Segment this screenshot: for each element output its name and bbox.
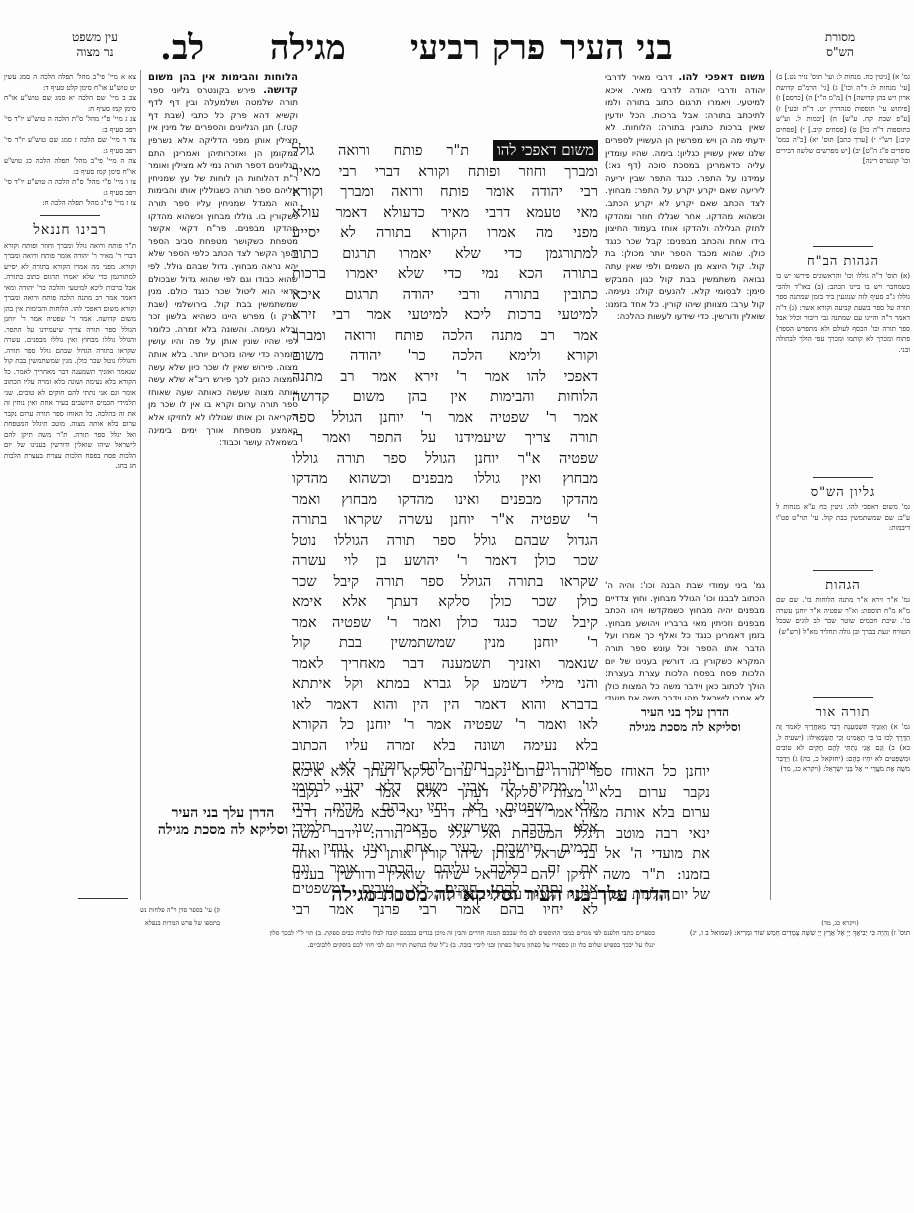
gemara-line: שנאמר ואזניך תשמענה דבר מאחריך לאמר bbox=[292, 654, 598, 675]
ein-mishpat-title: עין משפט נר מצוה bbox=[55, 30, 135, 60]
divider bbox=[40, 215, 100, 216]
hagahot-text: גמ' א"ר זירא א"ר מתנה הלוחות בו'. שם שם … bbox=[776, 595, 910, 691]
gemara-line: שכר כולן דאמר ר' יהושע בן לוי עשרה bbox=[292, 551, 598, 572]
rashi-column: משום דאפכי להו. דרבי מאיר לדרבי יהודה וד… bbox=[605, 72, 765, 577]
gemara-line: שפטיה א"ר יוחנן הגולל ספר תורה גוללו bbox=[292, 449, 598, 470]
divider bbox=[813, 477, 873, 478]
gemara-line: רבי יהודה אומר פותח ורואה ומברך וקורא bbox=[292, 182, 598, 203]
masoret-title-line1: מסורת bbox=[795, 30, 885, 45]
torah-or-title: תורה אור bbox=[776, 704, 910, 720]
gemara-line: ר' שפטיה א"ר יוחנן עשרה שקראו בתורה bbox=[292, 510, 598, 531]
hagahot-habach-title: הגהות הב"ח bbox=[776, 253, 910, 269]
gemara-line: אמר ר' שפטיה אמר ר' יוחנן הגולל ספר bbox=[292, 408, 598, 429]
divider bbox=[813, 570, 873, 571]
gemara-line: לאו ואמר ר' שפטיה אמר ר' יוחנן כל הקורא bbox=[292, 715, 598, 736]
tosafot-siyum: הדרן עלך בני העיר וסליקא לה מסכת מגילה bbox=[148, 805, 298, 839]
torah-or-text: גמ' א) וְאָזְנֶיךָ תִּשְׁמַעְנָה דָבָר מ… bbox=[776, 722, 910, 842]
gemara-line: מאי טעמא דרבי מאיר כדעולא דאמר עולא bbox=[292, 203, 598, 224]
column-rule bbox=[140, 70, 141, 900]
gemara-line: מהדקו מבפנים ואינו מהדקו מבחוץ ואמר bbox=[292, 490, 598, 511]
rashi-siyum-line1: הדרן עלך בני העיר bbox=[605, 705, 765, 720]
gemara-line: בלא נעימה ושונה בלא זמרה עליו הכתוב bbox=[292, 736, 598, 757]
divider bbox=[813, 697, 873, 698]
masoret-title-line2: הש"ס bbox=[795, 45, 885, 60]
gemara-line: בדברא והוא דאמר הין הין והוא דאמר לאו bbox=[292, 695, 598, 716]
gemara-line: למתורגמן כדי שלא יאמרו תרגום כתוב bbox=[292, 244, 598, 265]
gemara-line: ומברך וחוזר ופותח וקורא דברי רבי מאיר bbox=[292, 162, 598, 183]
gemara-line: הגדול שבהם גולל ספר תורה הגוללו נוטל bbox=[292, 531, 598, 552]
footnote-rule bbox=[78, 898, 128, 899]
rashi-siyum: הדרן עלך בני העיר וסליקא לה מסכת מגילה bbox=[605, 705, 765, 735]
gemara-line: ערום בלא אותה מצוה אמר רבי ינאי בריה דרב… bbox=[292, 803, 710, 824]
ein-mishpat-entry: צה ה מיי' פי"ב מהל' תפלה הלכה כג טוש"ע א… bbox=[4, 156, 136, 177]
rashi-text: דרבי מאיר לדרבי יהודה ודרבי יהודה לדרבי … bbox=[605, 73, 765, 322]
rashi-siyum-line2: וסליקא לה מסכת מגילה bbox=[605, 720, 765, 735]
tosafot-torah-or-footnote: תוס' ז) וְהָיָה כִּי יְבִיאֲךָ יְיָ אֶל … bbox=[560, 928, 910, 939]
ein-mishpat-title-line2: נר מצוה bbox=[55, 45, 135, 60]
divider bbox=[813, 246, 873, 247]
ein-mishpat-entry: צו ו מיי' פ"י מהל' ס"ת הלכה ה טוש"ע יו"ד… bbox=[4, 177, 136, 198]
gemara-line: וקורא ולימא הלכה כר' יהודה משום bbox=[292, 346, 598, 367]
ein-mishpat-column: צא א מיי' פי"ב מהל' תפלה הלכה ה סמג עשין… bbox=[4, 72, 136, 761]
ein-mishpat-entry: צב ב מיי' שם הלכה יא סמג שם טוש"ע או"ח ס… bbox=[4, 93, 136, 114]
rabbeinu-chananel-title: רבינו חננאל bbox=[4, 222, 136, 239]
gemara-lead-words: משום דאפכי להו bbox=[493, 140, 598, 161]
gemara-line: כולן שכר כולן סלקא דעתך אלא אימא bbox=[292, 592, 598, 613]
gemara-siyum: הדרן עלך בני העיר וסליקא לה מסכת מגילה bbox=[292, 882, 710, 907]
ein-mishpat-title-line1: עין משפט bbox=[55, 30, 135, 45]
tosafot-siyum-line1: הדרן עלך בני העיר bbox=[148, 805, 298, 822]
gemara-line: ת"ר פותח ורואה גולל bbox=[292, 142, 469, 159]
gemara-line: הלוחות והבימות אין בהן משום קדושה bbox=[292, 387, 598, 408]
gemara-line: יוחנן כל האוחז ספר תורה ערום נקבר ערום ס… bbox=[292, 762, 710, 783]
tosafot-column: הלוחות והבימות אין בהן משום קדושה. פירש … bbox=[148, 72, 298, 752]
gemara-line: נקבר ערום בלא מצות סלקא דעתך אלא אמר אבי… bbox=[292, 783, 710, 804]
chapter-number: פרק רביעי bbox=[410, 28, 545, 68]
page-number: לב. bbox=[160, 28, 204, 68]
gemara-line: למיטעי ברכות ליכא למיטעי אמר רבי זירא bbox=[292, 305, 598, 326]
hagahot-title: הגהות bbox=[776, 577, 910, 593]
gemara-line: תורה צריך שיעמידנו על התפר ואמר ר' bbox=[292, 428, 598, 449]
column-rule bbox=[770, 70, 771, 900]
left-footnote: ק) עי' בספר סדן ר"ה פלחות נש bbox=[80, 905, 220, 916]
rashi-continuation: גמ' ביני עמודי שבת הבנה וכו': והיה ה' הכ… bbox=[605, 580, 765, 700]
chapter-name: בני העיר bbox=[560, 28, 673, 68]
gemara-line: שקראו בתורה הגולל ספר תורה קיבל שכר bbox=[292, 572, 598, 593]
gemara-line: והני מילי דשמע קל גברא במתא וקל איתתא bbox=[292, 674, 598, 695]
ein-mishpat-entry: צז ז מיי' פי"ג מהל' תפלה הלכה ח: bbox=[4, 198, 136, 209]
gemara-line: אמר רב מתנה הלכה פותח ורואה ומברך bbox=[292, 326, 598, 347]
ein-mishpat-entry: צד ד מיי' שם הלכה ז סמג שם טוש"ע יו"ד סי… bbox=[4, 135, 136, 156]
gemara-line: מפני מה אמרו הקורא בתורה לא יסייע bbox=[292, 223, 598, 244]
rashi-dibur-hamatchil: משום דאפכי להו. bbox=[678, 72, 765, 83]
gemara-line: את מועדי ה' אל בני ישראל מצותן שיהו קורי… bbox=[292, 844, 710, 865]
gemara-line: ינאי רבה מוטב תיגלל המטפחת ואל יגלל ספר … bbox=[292, 824, 710, 845]
gilyon-hashas-text: גמ' משום דאפכי להו. גיטין כח ע"א מנחות ל… bbox=[776, 502, 910, 564]
gemara-line: קיבל שכר כנגד כולן ואמר ר' שפטיה אמר bbox=[292, 613, 598, 634]
gemara-line: מבחוץ ואין גוללו מבפנים וכשהוא מהדקו bbox=[292, 469, 598, 490]
ein-mishpat-entry: צג ג מיי' פ"י מהל' ס"ת הלכה ה טוש"ע יו"ד… bbox=[4, 114, 136, 135]
masoret-hashas-column: גמ' א) [גיטין כח. מנחות ל: ועי' תוס' נזי… bbox=[776, 72, 910, 842]
tosafot-siyum-line2: וסליקא לה מסכת מגילה bbox=[148, 822, 298, 839]
gemara-line: ר' יוחנן מנין שמשתמשין בבת קול bbox=[292, 633, 598, 654]
rabbeinu-chananel-text: ת"ר פותח ורואה גולל ומברך וחוזר ופותח וק… bbox=[4, 241, 136, 761]
hagahot-habach-text: (א) תוס' ד"ה גוללו וכו' והראשונים פירשו … bbox=[776, 271, 910, 471]
masoret-hashas-text: גמ' א) [גיטין כח. מנחות ל: ועי' תוס' נזי… bbox=[776, 72, 910, 240]
gemara-line: בתורה הכא נמי כדי שלא יאמרו ברכות bbox=[292, 264, 598, 285]
gilyon-hashas-title: גליון הש"ס bbox=[776, 484, 910, 500]
masoret-hashas-title: מסורת הש"ס bbox=[795, 30, 885, 60]
tractate-name: מגילה bbox=[270, 28, 346, 68]
tosafot-text: פירש בקונטרס גליוני ספר תורה שלמטה ושלמע… bbox=[148, 86, 298, 449]
gemara-line: כתובין בתורה ורבי יהודה תרגום איכא bbox=[292, 285, 598, 306]
ein-mishpat-entry: צא א מיי' פי"ב מהל' תפלה הלכה ה סמג עשין… bbox=[4, 72, 136, 93]
bottom-footnote: ינגלו על יבכך בספיש שלום כלו וגן כספירי … bbox=[115, 940, 655, 951]
gemara-line: דאפכי להו אמר ר' זירא אמר רב מתנה bbox=[292, 367, 598, 388]
